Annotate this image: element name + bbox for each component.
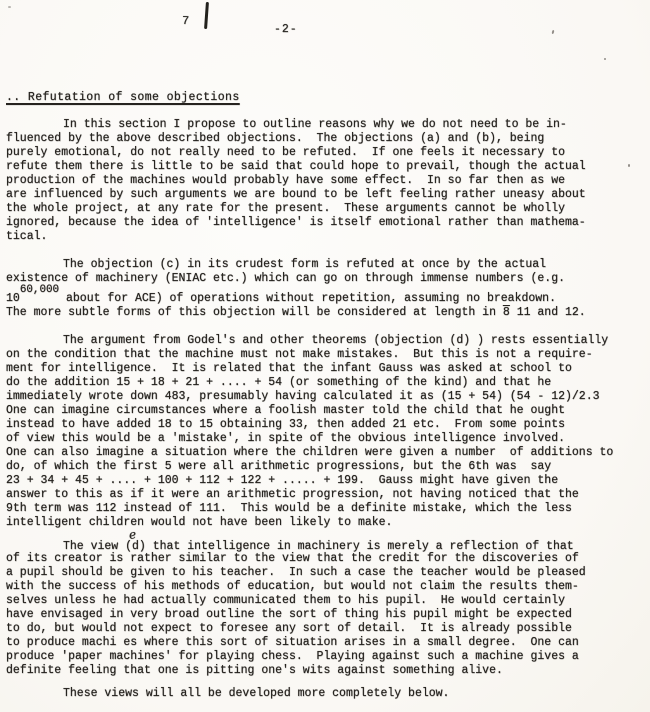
text-line: production of the machines would probabl… xyxy=(6,174,646,188)
text-line: ignored, because the idea of 'intelligen… xyxy=(6,216,646,230)
paragraph: The view (d)e that intelligence in machi… xyxy=(6,538,646,678)
text-line: produce 'paper machines' for playing che… xyxy=(6,650,646,664)
superscript-exponent: 60,000 xyxy=(20,284,59,296)
text-line: are influenced by such arguments we are … xyxy=(6,188,646,202)
text-line: The view (d)e that intelligence in machi… xyxy=(6,538,646,552)
text-line: of view this would be a 'mistake', in sp… xyxy=(6,432,646,446)
paragraphs-container: In this section I propose to outline rea… xyxy=(6,118,646,701)
text-line: answer to this as if it were an arithmet… xyxy=(6,488,646,502)
text-line: selves unless he had actually communicat… xyxy=(6,594,646,608)
ink-speck xyxy=(604,58,606,60)
handwritten-annotation: e xyxy=(128,528,130,542)
handwritten-mark-seven: 7 xyxy=(182,14,190,28)
text-line: The objection (c) in its crudest form is… xyxy=(6,258,646,272)
text-line: These views will all be developed more c… xyxy=(6,687,646,701)
text-line: immediately wrote down 483, presumably h… xyxy=(6,390,646,404)
text-line: ment for intelligence. It is related tha… xyxy=(6,362,646,376)
text-line: do the addition 15 + 18 + 21 + .... + 54… xyxy=(6,376,646,390)
text-line: intelligent children would not have been… xyxy=(6,516,646,530)
text-line: on the condition that the machine must n… xyxy=(6,348,646,362)
text-line: 1060,000 about for ACE) of operations wi… xyxy=(6,292,646,306)
text-line: to produce machi es where this sort of s… xyxy=(6,636,646,650)
text-line: have envisaged in very broad outline the… xyxy=(6,608,646,622)
document-page: 7 -2- .. Refutation of some objections I… xyxy=(0,0,650,712)
text-line: existence of machinery (ENIAC etc.) whic… xyxy=(6,272,646,286)
text-line: instead to have added 18 to 15 obtaining… xyxy=(6,418,646,432)
paragraph: These views will all be developed more c… xyxy=(6,687,646,701)
document-body: .. Refutation of some objections In this… xyxy=(6,90,646,701)
text-line: tical. xyxy=(6,230,646,244)
text-line: The argument from Godel's and other theo… xyxy=(6,334,646,348)
text-line: 9th term was 112 instead of 111. This wo… xyxy=(6,502,646,516)
ink-speck xyxy=(8,6,11,8)
text-line: The more subtle forms of this objection … xyxy=(6,306,646,320)
paragraph: In this section I propose to outline rea… xyxy=(6,118,646,244)
page-number: -2- xyxy=(274,23,298,36)
ink-speck xyxy=(552,30,555,34)
text-line: fluenced by the above described objectio… xyxy=(6,132,646,146)
text-line: of its creator is rather similar to the … xyxy=(6,552,646,566)
text-line: do, of which the first 5 were all arithm… xyxy=(6,460,646,474)
paragraph: The objection (c) in its crudest form is… xyxy=(6,258,646,320)
text-line: refute them there is little to be said t… xyxy=(6,160,646,174)
paragraph: The argument from Godel's and other theo… xyxy=(6,334,646,530)
text-line: One can also imagine a situation where t… xyxy=(6,446,646,460)
section-heading: .. Refutation of some objections xyxy=(6,90,646,106)
text-line: purely emotional, do not really need to … xyxy=(6,146,646,160)
text-line: definite feeling that one is pitting one… xyxy=(6,664,646,678)
text-line: to do, but would not expect to foresee a… xyxy=(6,622,646,636)
text-line: One can imagine circumstances where a fo… xyxy=(6,404,646,418)
section-sign: 8 xyxy=(503,306,510,319)
text-line: In this section I propose to outline rea… xyxy=(6,118,646,132)
text-line: a pupil should be given to his teacher. … xyxy=(6,566,646,580)
text-line: the whole project, at any rate for the p… xyxy=(6,202,646,216)
text-line: with the success of his methods of educa… xyxy=(6,580,646,594)
pen-stroke-mark xyxy=(204,2,209,29)
text-line: 23 + 34 + 45 + .... + 100 + 112 + 122 + … xyxy=(6,474,646,488)
